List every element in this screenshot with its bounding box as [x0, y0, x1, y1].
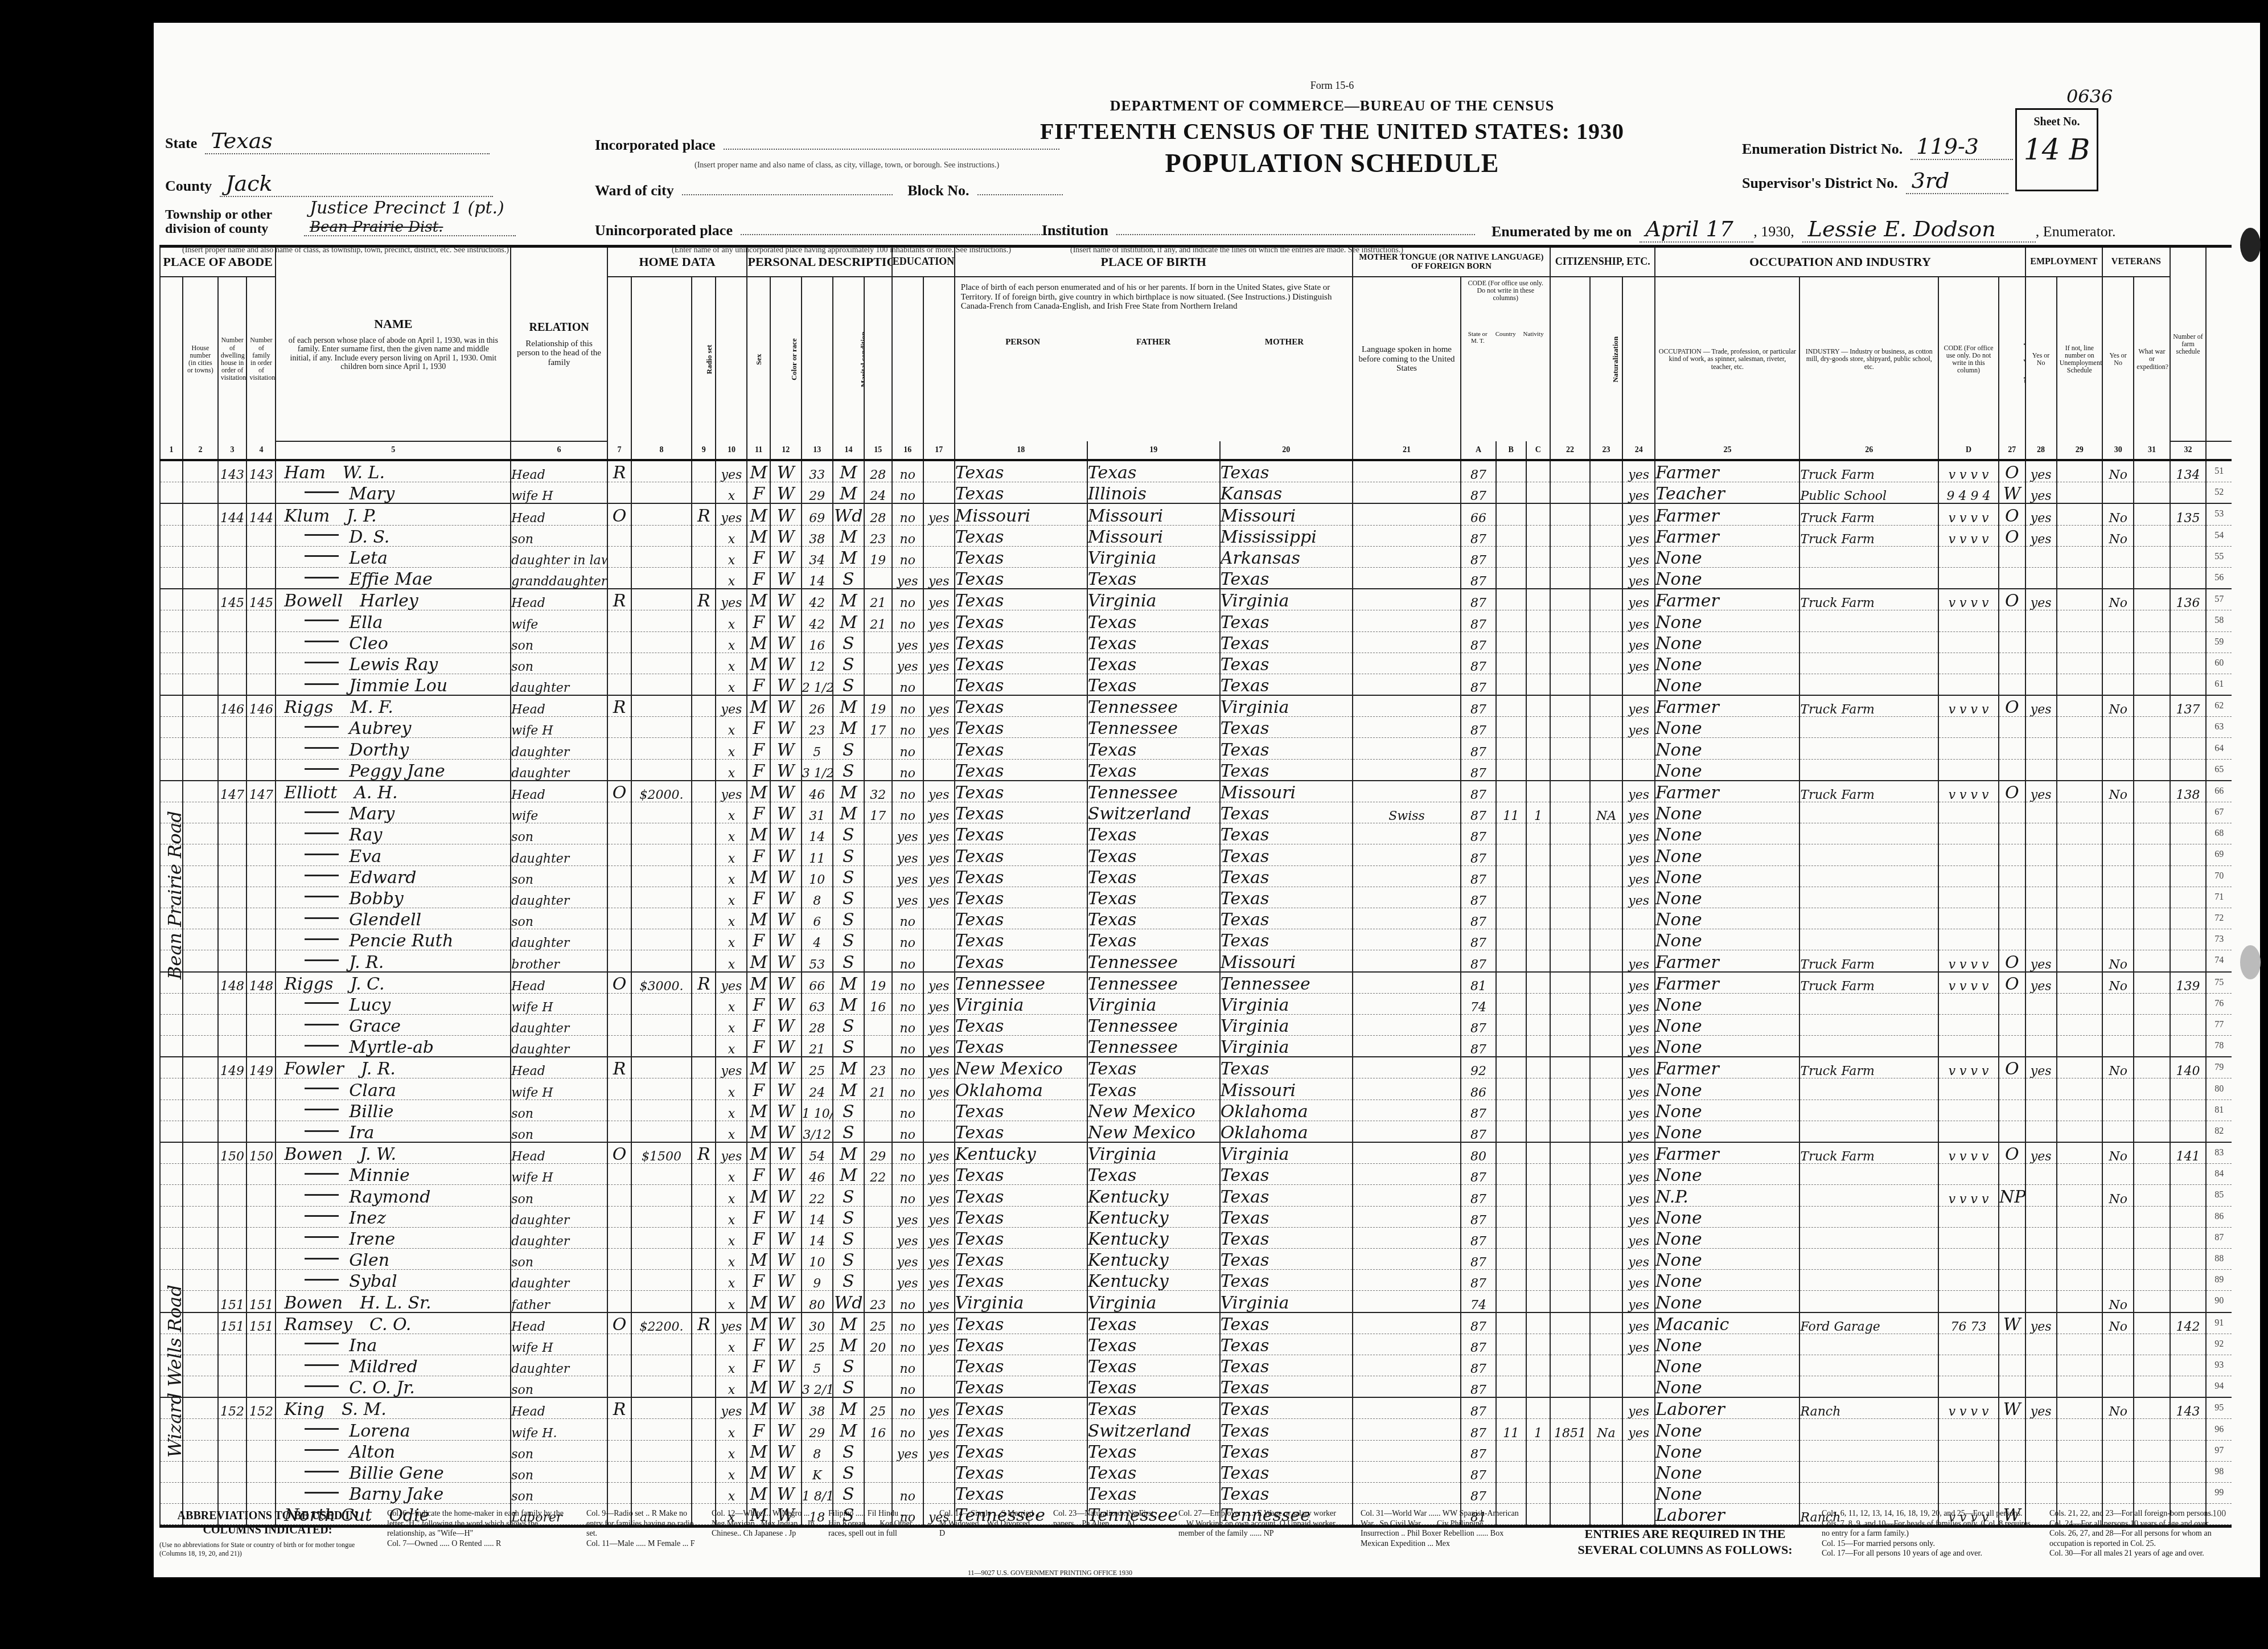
cell-at-work [2025, 1440, 2057, 1461]
cell-code-d [1938, 1376, 1999, 1398]
cell-read-write [923, 908, 955, 929]
cell-person-name: Effie Mae [276, 567, 511, 589]
cell-unemployment-line [2057, 1185, 2102, 1206]
given-name: Aubrey [349, 719, 411, 738]
cell-immigration-year [1550, 929, 1590, 950]
cell-age-marriage [864, 823, 892, 844]
cell-farm-schedule [2170, 546, 2207, 567]
cell-farm-schedule [2170, 1078, 2207, 1100]
cell-relation: granddaughter [511, 567, 607, 589]
cell-code-a: 87 [1461, 1206, 1495, 1227]
cell-person-name: Mildred [276, 1355, 511, 1376]
cell-home-value [631, 908, 692, 929]
cell-house [183, 1142, 217, 1164]
cell-read-write [923, 1121, 955, 1142]
cell-house [183, 993, 217, 1014]
cell-marital: M [833, 1312, 864, 1334]
cell-read-write: yes [923, 1078, 955, 1100]
cell-home-value [631, 1461, 692, 1482]
ditto-dash [305, 491, 339, 493]
cell-code-a: 87 [1461, 1461, 1495, 1482]
cell-birthplace: Texas [955, 1270, 1087, 1291]
cell-family-number [246, 1121, 276, 1142]
cell-school: no [892, 993, 923, 1014]
cell-father-birthplace: Texas [1087, 674, 1220, 695]
cell-age-marriage: 29 [864, 1142, 892, 1164]
cell-age-marriage: 20 [864, 1334, 892, 1355]
cell-street [160, 1121, 183, 1142]
cell-unemployment-line [2057, 653, 2102, 674]
table-row: 148148RiggsJ. C.HeadO$3000.RyesMW66M19no… [160, 972, 2232, 994]
cell-birthplace: Texas [955, 674, 1087, 695]
cell-farm: x [716, 674, 747, 695]
column-number: 20 [1220, 441, 1353, 460]
cell-farm-schedule [2170, 759, 2207, 781]
column-number: 7 [607, 441, 631, 460]
cell-occupation: None [1655, 1419, 1799, 1440]
col-street: Street, avenue, road, etc. [160, 277, 183, 441]
cell-war [2134, 1270, 2170, 1291]
cell-dwelling-number [218, 1014, 247, 1035]
cell-street [160, 759, 183, 781]
cell-radio [692, 525, 716, 546]
cell-unemployment-line [2057, 1227, 2102, 1248]
cell-mother-tongue [1353, 993, 1461, 1014]
cell-veteran [2102, 1227, 2134, 1248]
cell-read-write: yes [923, 844, 955, 865]
cell-sex: M [747, 653, 770, 674]
cell-class-of-worker [1999, 1270, 2025, 1291]
cell-code-c: 1 [1526, 1419, 1550, 1440]
cell-code-a: 87 [1461, 631, 1495, 653]
cell-class-of-worker [1999, 1440, 2025, 1461]
cell-family-number [246, 1270, 276, 1291]
cell-veteran: No [2102, 781, 2134, 802]
cell-person-name: Eva [276, 844, 511, 865]
cell-occupation: None [1655, 1461, 1799, 1482]
cell-immigration-year [1550, 717, 1590, 738]
cell-veteran [2102, 1461, 2134, 1482]
ditto-dash [305, 1173, 339, 1175]
cell-marital: M [833, 589, 864, 610]
cell-speaks-english: yes [1622, 802, 1655, 823]
cell-radio [692, 482, 716, 504]
cell-industry: Truck Farm [1799, 460, 1938, 482]
cell-immigration-year [1550, 1312, 1590, 1334]
cell-family-number [246, 887, 276, 908]
given-name: D. S. [349, 527, 389, 547]
cell-at-work [2025, 1227, 2057, 1248]
cell-line-number: 91 [2206, 1312, 2232, 1334]
cell-marital: S [833, 738, 864, 759]
cell-age: 11 [802, 844, 833, 865]
given-name: Leta [349, 548, 388, 568]
cell-person-name: RamseyC. O. [276, 1312, 511, 1334]
cell-school: no [892, 1334, 923, 1355]
cell-radio [692, 1036, 716, 1057]
cell-unemployment-line [2057, 525, 2102, 546]
cell-read-write: yes [923, 1142, 955, 1164]
table-row: IrasonxMW3/12SnoTexasNew MexicoOklahoma8… [160, 1121, 2232, 1142]
cell-street [160, 631, 183, 653]
cell-mother-birthplace: Texas [1220, 460, 1353, 482]
cell-read-write: yes [923, 695, 955, 717]
cell-person-name: Leta [276, 546, 511, 567]
cell-sex: F [747, 567, 770, 589]
cell-dwelling-number: 151 [218, 1291, 247, 1312]
cell-occupation: None [1655, 1078, 1799, 1100]
col-tenure: Home owned or rented [607, 277, 631, 441]
cell-age-marriage: 19 [864, 546, 892, 567]
cell-tenure [607, 567, 631, 589]
cell-radio [692, 1270, 716, 1291]
cell-mother-tongue [1353, 610, 1461, 631]
cell-street [160, 781, 183, 802]
cell-class-of-worker: O [1999, 460, 2025, 482]
cell-at-work [2025, 887, 2057, 908]
cell-dwelling-number [218, 1334, 247, 1355]
cell-home-value [631, 1057, 692, 1078]
cell-war [2134, 717, 2170, 738]
cell-code-c [1526, 695, 1550, 717]
cell-street [160, 589, 183, 610]
cell-veteran: No [2102, 695, 2134, 717]
cell-father-birthplace: Virginia [1087, 546, 1220, 567]
cell-code-c [1526, 887, 1550, 908]
cell-naturalization [1590, 653, 1622, 674]
cell-naturalization [1590, 1312, 1622, 1334]
cell-speaks-english: yes [1622, 717, 1655, 738]
cell-relation: son [511, 1483, 607, 1504]
cell-immigration-year [1550, 1078, 1590, 1100]
cell-code-d: v v v v [1938, 1185, 1999, 1206]
cell-class-of-worker [1999, 1206, 2025, 1227]
cell-industry [1799, 1164, 1938, 1185]
cell-age: 24 [802, 1078, 833, 1100]
given-name: C. O. [369, 1315, 411, 1334]
cell-code-d: v v v v [1938, 1397, 1999, 1419]
cell-sex: M [747, 823, 770, 844]
cell-war [2134, 1014, 2170, 1035]
cell-mother-tongue [1353, 1121, 1461, 1142]
cell-occupation: None [1655, 1206, 1799, 1227]
cell-code-d: v v v v [1938, 589, 1999, 610]
cell-speaks-english: yes [1622, 546, 1655, 567]
cell-street [160, 1185, 183, 1206]
col-veteran: Yes or No [2102, 277, 2134, 441]
cell-war [2134, 781, 2170, 802]
cell-street [160, 525, 183, 546]
cell-relation: wife H [511, 1334, 607, 1355]
cell-immigration-year [1550, 1270, 1590, 1291]
cell-age-marriage [864, 759, 892, 781]
cell-sex: M [747, 972, 770, 994]
cell-code-b [1496, 460, 1526, 482]
cell-person-name: Inez [276, 1206, 511, 1227]
cell-school: no [892, 695, 923, 717]
cell-line-number: 52 [2206, 482, 2232, 504]
cell-radio [692, 1185, 716, 1206]
column-number: 22 [1550, 441, 1590, 460]
cell-marital: M [833, 1164, 864, 1185]
given-name: Minnie [349, 1166, 409, 1185]
cell-marital: M [833, 1419, 864, 1440]
cell-veteran: No [2102, 1142, 2134, 1164]
cell-industry [1799, 1291, 1938, 1312]
cell-speaks-english: yes [1622, 482, 1655, 504]
cell-school: no [892, 1164, 923, 1185]
table-row: Jimmie LoudaughterxFW2 1/2SnoTexasTexasT… [160, 674, 2232, 695]
cell-radio [692, 1355, 716, 1376]
cell-house [183, 865, 217, 887]
cell-at-work [2025, 1334, 2057, 1355]
col-language: Language spoken in home before coming to… [1353, 277, 1461, 441]
cell-speaks-english [1622, 1440, 1655, 1461]
cell-immigration-year [1550, 993, 1590, 1014]
table-row: Inawife HxFW25M20noyesTexasTexasTexas87y… [160, 1334, 2232, 1355]
margin-note-wizard-wells: Wizard Wells Road [164, 1285, 186, 1458]
cell-naturalization [1590, 1440, 1622, 1461]
cell-relation: daughter [511, 1227, 607, 1248]
cell-industry: Truck Farm [1799, 525, 1938, 546]
cell-house [183, 1121, 217, 1142]
cell-house [183, 802, 217, 823]
cell-veteran [2102, 631, 2134, 653]
cell-tenure: R [607, 1057, 631, 1078]
cell-family-number [246, 653, 276, 674]
cell-marital: M [833, 781, 864, 802]
cell-dwelling-number: 143 [218, 460, 247, 482]
incorporated-note: (Insert proper name and also name of cla… [695, 161, 999, 170]
cell-line-number: 58 [2206, 610, 2232, 631]
cell-speaks-english [1622, 738, 1655, 759]
cell-unemployment-line [2057, 887, 2102, 908]
given-name: Mary [349, 484, 395, 503]
table-row: AltonsonxMW8SyesyesTexasTexasTexas87None… [160, 1440, 2232, 1461]
cell-farm-schedule [2170, 1185, 2207, 1206]
cell-class-of-worker [1999, 674, 2025, 695]
cell-sex: M [747, 1291, 770, 1312]
abbr-col12: Col. 12—White ... W Negro ... Neg Mexica… [712, 1509, 820, 1539]
cell-at-work [2025, 865, 2057, 887]
cell-house [183, 887, 217, 908]
cell-unemployment-line [2057, 546, 2102, 567]
cell-industry: Truck Farm [1799, 972, 1938, 994]
cell-home-value [631, 610, 692, 631]
cell-house [183, 460, 217, 482]
cell-house [183, 781, 217, 802]
cell-read-write: yes [923, 1312, 955, 1334]
cell-age-marriage: 23 [864, 1057, 892, 1078]
cell-school: no [892, 482, 923, 504]
cell-occupation: None [1655, 929, 1799, 950]
column-number: 26 [1799, 441, 1938, 460]
cell-race: W [770, 1397, 802, 1419]
cell-class-of-worker: O [1999, 503, 2025, 525]
entries-required-1: Cols. 6, 11, 12, 13, 14, 16, 18, 19, 20,… [1822, 1509, 2038, 1559]
cell-war [2134, 1121, 2170, 1142]
cell-home-value [631, 482, 692, 504]
cell-father-birthplace: Tennessee [1087, 972, 1220, 994]
surname: Elliott [284, 783, 337, 802]
cell-unemployment-line [2057, 823, 2102, 844]
cell-naturalization [1590, 865, 1622, 887]
cell-farm: x [716, 1164, 747, 1185]
cell-sex: F [747, 610, 770, 631]
cell-birthplace: Texas [955, 525, 1087, 546]
cell-age-marriage: 28 [864, 503, 892, 525]
cell-speaks-english: yes [1622, 503, 1655, 525]
cell-unemployment-line [2057, 717, 2102, 738]
cell-relation: son [511, 908, 607, 929]
cell-code-c [1526, 1057, 1550, 1078]
cell-birthplace: Texas [955, 759, 1087, 781]
cell-radio [692, 993, 716, 1014]
cell-code-a: 87 [1461, 738, 1495, 759]
cell-school: no [892, 972, 923, 994]
cell-unemployment-line [2057, 929, 2102, 950]
given-name: Glendell [349, 910, 421, 929]
cell-relation: daughter [511, 738, 607, 759]
cell-sex: M [747, 1483, 770, 1504]
cell-mother-birthplace: Texas [1220, 1312, 1353, 1334]
cell-farm: x [716, 1291, 747, 1312]
cell-line-number: 63 [2206, 717, 2232, 738]
cell-naturalization [1590, 1291, 1622, 1312]
cell-house [183, 525, 217, 546]
cell-age-marriage [864, 1461, 892, 1482]
cell-relation: daughter [511, 759, 607, 781]
cell-birthplace: Virginia [955, 993, 1087, 1014]
cell-farm-schedule: 135 [2170, 503, 2207, 525]
cell-home-value [631, 1227, 692, 1248]
cell-mother-birthplace: Texas [1220, 1419, 1353, 1440]
ditto-dash [305, 1428, 339, 1430]
cell-veteran [2102, 1440, 2134, 1461]
cell-naturalization [1590, 1185, 1622, 1206]
cell-marital: S [833, 950, 864, 972]
cell-read-write: yes [923, 887, 955, 908]
cell-family-number: 144 [246, 503, 276, 525]
cell-person-name: Billie Gene [276, 1461, 511, 1482]
cell-father-birthplace: Texas [1087, 908, 1220, 929]
col-read-write: Whether able to read and write [923, 277, 955, 441]
cell-mother-birthplace: Texas [1220, 1461, 1353, 1482]
cell-code-c [1526, 1036, 1550, 1057]
cell-school: no [892, 503, 923, 525]
cell-veteran: No [2102, 1397, 2134, 1419]
cell-code-b [1496, 1334, 1526, 1355]
cell-code-c [1526, 610, 1550, 631]
cell-father-birthplace: Texas [1087, 1376, 1220, 1398]
cell-race: W [770, 972, 802, 994]
cell-birthplace: Oklahoma [955, 1078, 1087, 1100]
cell-industry: Truck Farm [1799, 950, 1938, 972]
ditto-dash [305, 1130, 339, 1132]
cell-veteran [2102, 823, 2134, 844]
cell-code-b [1496, 1206, 1526, 1227]
cell-relation: son [511, 1185, 607, 1206]
cell-person-name: Edward [276, 865, 511, 887]
cell-race: W [770, 695, 802, 717]
cell-mother-tongue [1353, 1291, 1461, 1312]
ditto-dash [305, 1002, 339, 1004]
cell-mother-birthplace: Texas [1220, 929, 1353, 950]
cell-radio: R [692, 1312, 716, 1334]
cell-marital: S [833, 887, 864, 908]
given-name: M. F. [350, 698, 393, 717]
cell-dwelling-number [218, 1036, 247, 1057]
cell-class-of-worker [1999, 1355, 2025, 1376]
cell-tenure [607, 1206, 631, 1227]
cell-mother-birthplace: Texas [1220, 823, 1353, 844]
cell-tenure [607, 1419, 631, 1440]
cell-person-name: Ina [276, 1334, 511, 1355]
column-number: 3 [218, 441, 247, 460]
column-number: 13 [802, 441, 833, 460]
cell-class-of-worker: W [1999, 1312, 2025, 1334]
cell-radio [692, 674, 716, 695]
cell-code-c [1526, 1142, 1550, 1164]
given-name: Pencie Ruth [349, 931, 453, 950]
cell-tenure: O [607, 781, 631, 802]
cell-sex: F [747, 1227, 770, 1248]
cell-at-work: yes [2025, 695, 2057, 717]
cell-father-birthplace: Texas [1087, 844, 1220, 865]
cell-code-d: 9 4 9 4 [1938, 482, 1999, 504]
cell-code-d: v v v v [1938, 781, 1999, 802]
cell-farm: yes [716, 589, 747, 610]
column-number: 31 [2134, 441, 2170, 460]
cell-at-work [2025, 546, 2057, 567]
cell-dwelling-number [218, 610, 247, 631]
cell-at-work [2025, 929, 2057, 950]
cell-farm: x [716, 1334, 747, 1355]
cell-mother-tongue [1353, 631, 1461, 653]
cell-read-write: yes [923, 1227, 955, 1248]
cell-house [183, 972, 217, 994]
cell-tenure [607, 1270, 631, 1291]
cell-age: 28 [802, 1014, 833, 1035]
col-sex: Sex [747, 277, 770, 441]
cell-radio: R [692, 972, 716, 994]
cell-home-value [631, 1164, 692, 1185]
cell-farm: yes [716, 695, 747, 717]
cell-veteran [2102, 1270, 2134, 1291]
cell-marital: S [833, 929, 864, 950]
cell-farm: x [716, 546, 747, 567]
cell-code-a: 87 [1461, 1164, 1495, 1185]
column-number: A [1461, 441, 1495, 460]
cell-mother-tongue [1353, 759, 1461, 781]
cell-family-number [246, 993, 276, 1014]
cell-read-write [923, 482, 955, 504]
cell-age-marriage [864, 1206, 892, 1227]
cell-family-number [246, 674, 276, 695]
cell-relation: Head [511, 695, 607, 717]
cell-tenure [607, 993, 631, 1014]
cell-industry: Truck Farm [1799, 1057, 1938, 1078]
cell-house [183, 1419, 217, 1440]
cell-class-of-worker [1999, 631, 2025, 653]
cell-tenure [607, 1355, 631, 1376]
cell-marital: M [833, 610, 864, 631]
cell-relation: Head [511, 972, 607, 994]
cell-dwelling-number [218, 1483, 247, 1504]
given-name: Jimmie Lou [349, 676, 447, 695]
ditto-dash [305, 1024, 339, 1026]
cell-war [2134, 972, 2170, 994]
